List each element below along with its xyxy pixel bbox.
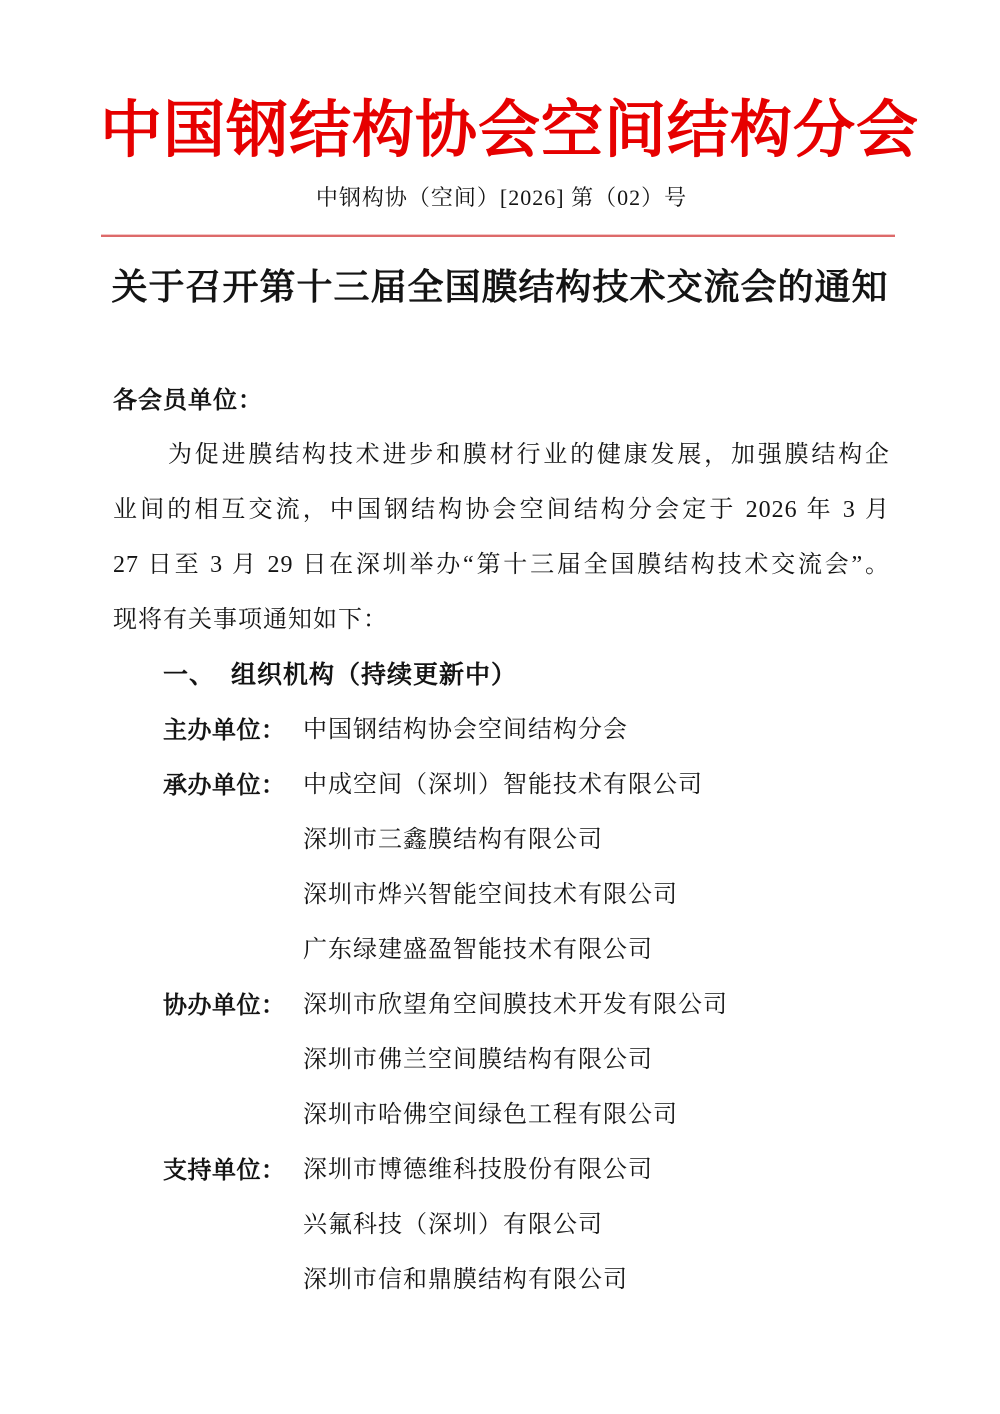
notice-body: 各会员单位： 为促进膜结构技术进步和膜材行业的健康发展，加强膜结构企 业间的相互… <box>113 373 890 1308</box>
org-label: 协办单位： <box>163 978 303 1033</box>
paragraph-line: 为促进膜结构技术进步和膜材行业的健康发展，加强膜结构企 <box>113 428 890 483</box>
paragraph-line: 业间的相互交流，中国钢结构协会空间结构分会定于 2026 年 3 月 <box>113 483 890 538</box>
org-value: 深圳市信和鼎膜结构有限公司 <box>303 1253 890 1308</box>
org-value: 深圳市佛兰空间膜结构有限公司 <box>303 1033 890 1088</box>
salutation: 各会员单位： <box>113 373 890 428</box>
org-value: 深圳市三鑫膜结构有限公司 <box>303 813 890 868</box>
paragraph-line: 现将有关事项通知如下： <box>113 593 890 648</box>
letterhead-org-name: 中国钢结构协会空间结构分会 <box>100 96 900 167</box>
document-page: 中国钢结构协会空间结构分会 中钢构协（空间）[2026] 第（02）号 关于召开… <box>0 0 1000 1414</box>
section-title: 组织机构（持续更新中） <box>231 661 517 689</box>
org-group-co-organizer: 协办单位： 深圳市欣望角空间膜技术开发有限公司 深圳市佛兰空间膜结构有限公司 深… <box>163 978 890 1143</box>
org-value: 深圳市欣望角空间膜技术开发有限公司 <box>303 978 890 1033</box>
org-group-host: 主办单位： 中国钢结构协会空间结构分会 <box>163 703 890 758</box>
org-value: 中国钢结构协会空间结构分会 <box>303 703 890 758</box>
org-group-supporter: 支持单位： 深圳市博德维科技股份有限公司 兴氟科技（深圳）有限公司 深圳市信和鼎… <box>163 1143 890 1308</box>
section-heading: 一、组织机构（持续更新中） <box>163 648 890 703</box>
org-label: 承办单位： <box>163 758 303 813</box>
notice-title: 关于召开第十三届全国膜结构技术交流会的通知 <box>110 263 890 311</box>
org-value: 广东绿建盛盈智能技术有限公司 <box>303 923 890 978</box>
org-group-organizer: 承办单位： 中成空间（深圳）智能技术有限公司 深圳市三鑫膜结构有限公司 深圳市烨… <box>163 758 890 978</box>
org-label: 支持单位： <box>163 1143 303 1198</box>
org-value: 深圳市烨兴智能空间技术有限公司 <box>303 868 890 923</box>
org-label: 主办单位： <box>163 703 303 758</box>
org-value: 兴氟科技（深圳）有限公司 <box>303 1198 890 1253</box>
letterhead-divider <box>101 234 895 237</box>
org-value: 深圳市哈佛空间绿色工程有限公司 <box>303 1088 890 1143</box>
org-value: 深圳市博德维科技股份有限公司 <box>303 1143 890 1198</box>
section-number: 一、 <box>163 661 215 689</box>
organization-list: 主办单位： 中国钢结构协会空间结构分会 承办单位： 中成空间（深圳）智能技术有限… <box>163 703 890 1308</box>
document-number: 中钢构协（空间）[2026] 第（02）号 <box>113 183 890 213</box>
paragraph-line: 27 日至 3 月 29 日在深圳举办“第十三届全国膜结构技术交流会”。 <box>113 538 890 593</box>
org-value: 中成空间（深圳）智能技术有限公司 <box>303 758 890 813</box>
